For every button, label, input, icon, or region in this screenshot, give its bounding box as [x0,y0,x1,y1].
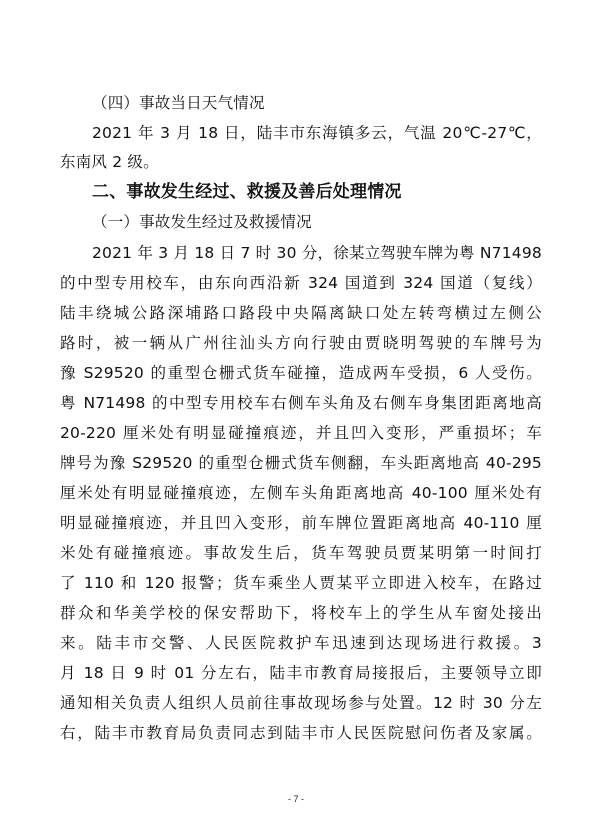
paragraph-line: 米处有碰撞痕迹。事故发生后，货车驾驶员贾某明第一时间打 [60,538,542,568]
paragraph-line: 20-220 厘米处有明显碰撞痕迹，并且凹入变形，严重损坏；车 [60,418,542,448]
paragraph-line: 陆丰绕城公路深埔路口路段中央隔离缺口处左转弯横过左侧公 [60,298,542,328]
paragraph-line: 豫 S29520 的重型仓栅式货车碰撞，造成两车受损，6 人受伤。 [60,358,542,388]
paragraph-line: 了 110 和 120 报警；货车乘坐人贾某平立即进入校车，在路过 [60,568,542,598]
section-heading: 二、事故发生经过、救援及善后处理情况 [92,177,542,207]
paragraph-line: 的中型专用校车，由东向西沿新 324 国道到 324 国道（复线） [60,268,542,298]
paragraph-line: 来。陆丰市交警、人民医院救护车迅速到达现场进行救援。3 [60,628,542,658]
paragraph-line: 通知相关负责人组织人员前往事故现场参与处置。12 时 30 分左 [60,688,542,718]
paragraph-line: 右，陆丰市教育局负责同志到陆丰市人民医院慰问伤者及家属。 [60,718,542,748]
subheading-process: （一）事故发生经过及救援情况 [92,207,542,237]
paragraph-line: 粤 N71498 的中型专用校车右侧车头角及右侧车身集团距离地高 [60,388,542,418]
paragraph-line: 群众和华美学校的保安帮助下，将校车上的学生从车窗处接出 [60,598,542,628]
paragraph-line: 2021 年 3 月 18 日 7 时 30 分，徐某立驾驶车牌为粤 N7149… [92,238,542,268]
paragraph-line: 月 18 日 9 时 01 分左右，陆丰市教育局接报后，主要领导立即 [60,658,542,688]
page-number: - 7 - [0,794,592,804]
paragraph-line: 牌号为豫 S29520 的重型仓栅式货车侧翻，车头距离地高 40-295 [60,448,542,478]
subheading-weather: （四）事故当日天气情况 [92,88,542,118]
paragraph-line: 路时，被一辆从广州往汕头方向行驶由贾晓明驾驶的车牌号为 [60,328,542,358]
paragraph-line: 明显碰撞痕迹，并且凹入变形，前车牌位置距离地高 40-110 厘 [60,508,542,538]
paragraph-line: 2021 年 3 月 18 日，陆丰市东海镇多云，气温 20℃-27℃， [92,118,542,148]
paragraph-line: 厘米处有明显碰撞痕迹，左侧车头角距离地高 40-100 厘米处有 [60,478,542,508]
paragraph-line: 东南风 2 级。 [60,147,542,177]
